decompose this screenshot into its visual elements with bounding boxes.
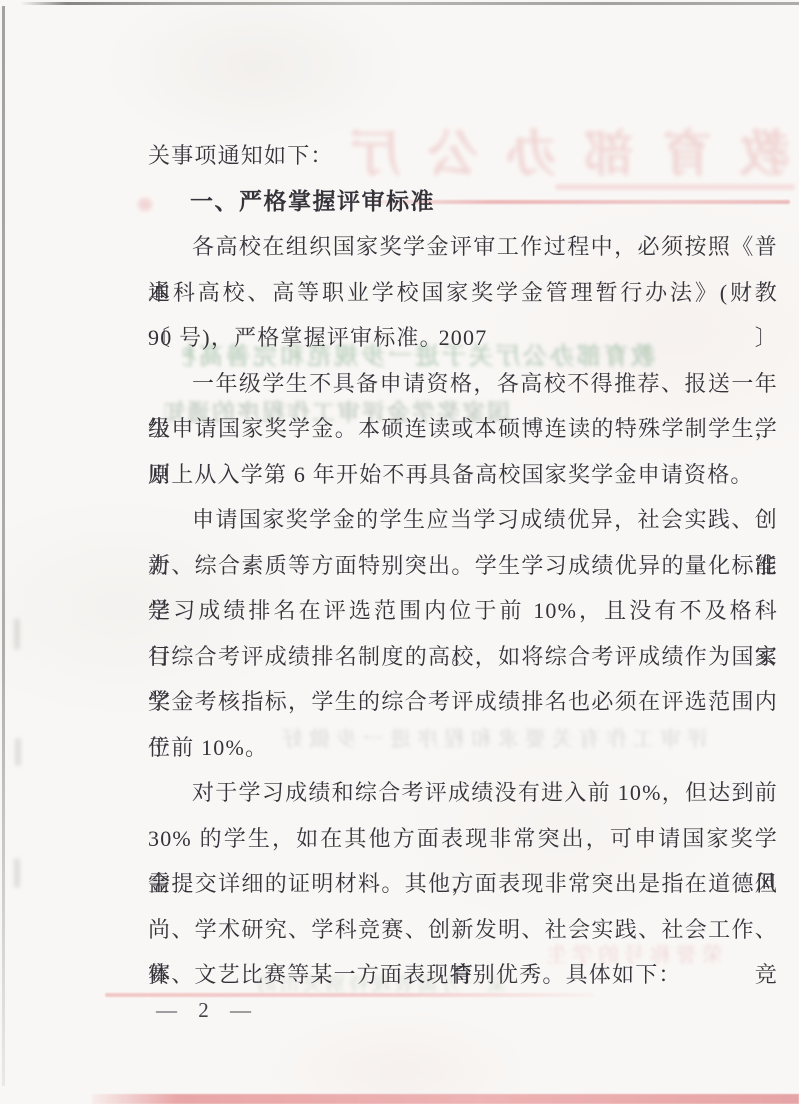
intro-line: 关事项通知如下： — [148, 133, 778, 179]
text-line: 对于学习成绩和综合考评成绩没有进入前 10%，但达到前 — [148, 770, 778, 816]
text-line: 各高校在组织国家奖学金评审工作过程中，必须按照《普通 — [148, 224, 778, 270]
paragraph: 各高校在组织国家奖学金评审工作过程中，必须按照《普通本科高校、高等职业学校国家奖… — [148, 224, 778, 361]
document-body: 关事项通知如下： 一、严格掌握评审标准 各高校在组织国家奖学金评审工作过程中，必… — [148, 133, 778, 998]
text-line: 需提交详细的证明材料。其他方面表现非常突出是指在道德风 — [148, 861, 778, 907]
text-line: 申请国家奖学金的学生应当学习成绩优异，社会实践、创新能 — [148, 497, 778, 543]
text-line: 30% 的学生，如在其他方面表现非常突出，可申请国家奖学金，但 — [148, 816, 778, 862]
scanned-document-page: 教育部办公厅 教育部办公厅关于进一步规范和完善高校 国家奖学金评审工作程序的通知… — [0, 0, 799, 1104]
text-line: 行综合考评成绩排名制度的高校，如将综合考评成绩作为国家奖 — [148, 634, 778, 680]
scan-left-edge-line — [2, 6, 5, 1086]
page-number: — 2 — — [156, 996, 259, 1024]
text-line: 尚、学术研究、学科竞赛、创新发明、社会实践、社会工作、体育竞 — [148, 907, 778, 953]
text-line: 本科高校、高等职业学校国家奖学金管理暂行办法》(财教〔2007〕 — [148, 270, 778, 316]
text-line: 于前 10%。 — [148, 725, 778, 771]
scan-top-edge-line — [20, 2, 799, 5]
section-heading: 一、严格掌握评审标准 — [148, 179, 778, 225]
scan-smudge — [14, 618, 20, 650]
scan-smudge — [14, 858, 20, 888]
paragraph: 申请国家奖学金的学生应当学习成绩优异，社会实践、创新能力、综合素质等方面特别突出… — [148, 497, 778, 770]
scan-bottom-pink-band — [92, 1094, 799, 1104]
text-line: 则上从入学第 6 年开始不再具备高校国家奖学金申请资格。 — [148, 452, 778, 498]
paragraph: 对于学习成绩和综合考评成绩没有进入前 10%，但达到前30% 的学生，如在其他方… — [148, 770, 778, 998]
paragraphs: 各高校在组织国家奖学金评审工作过程中，必须按照《普通本科高校、高等职业学校国家奖… — [148, 224, 778, 998]
text-line: 生申请国家奖学金。本硕连读或本硕博连读的特殊学制学生，原 — [148, 406, 778, 452]
text-line: 学习成绩排名在评选范围内位于前 10%，且没有不及格科目。实 — [148, 588, 778, 634]
paragraph: 一年级学生不具备申请资格，各高校不得推荐、报送一年级学生申请国家奖学金。本硕连读… — [148, 361, 778, 498]
text-line: 一年级学生不具备申请资格，各高校不得推荐、报送一年级学 — [148, 361, 778, 407]
scan-smudge — [15, 738, 21, 766]
text-line: 力、综合素质等方面特别突出。学生学习成绩优异的量化标准是 — [148, 543, 778, 589]
text-line: 学金考核指标，学生的综合考评成绩排名也必须在评选范围内位 — [148, 679, 778, 725]
